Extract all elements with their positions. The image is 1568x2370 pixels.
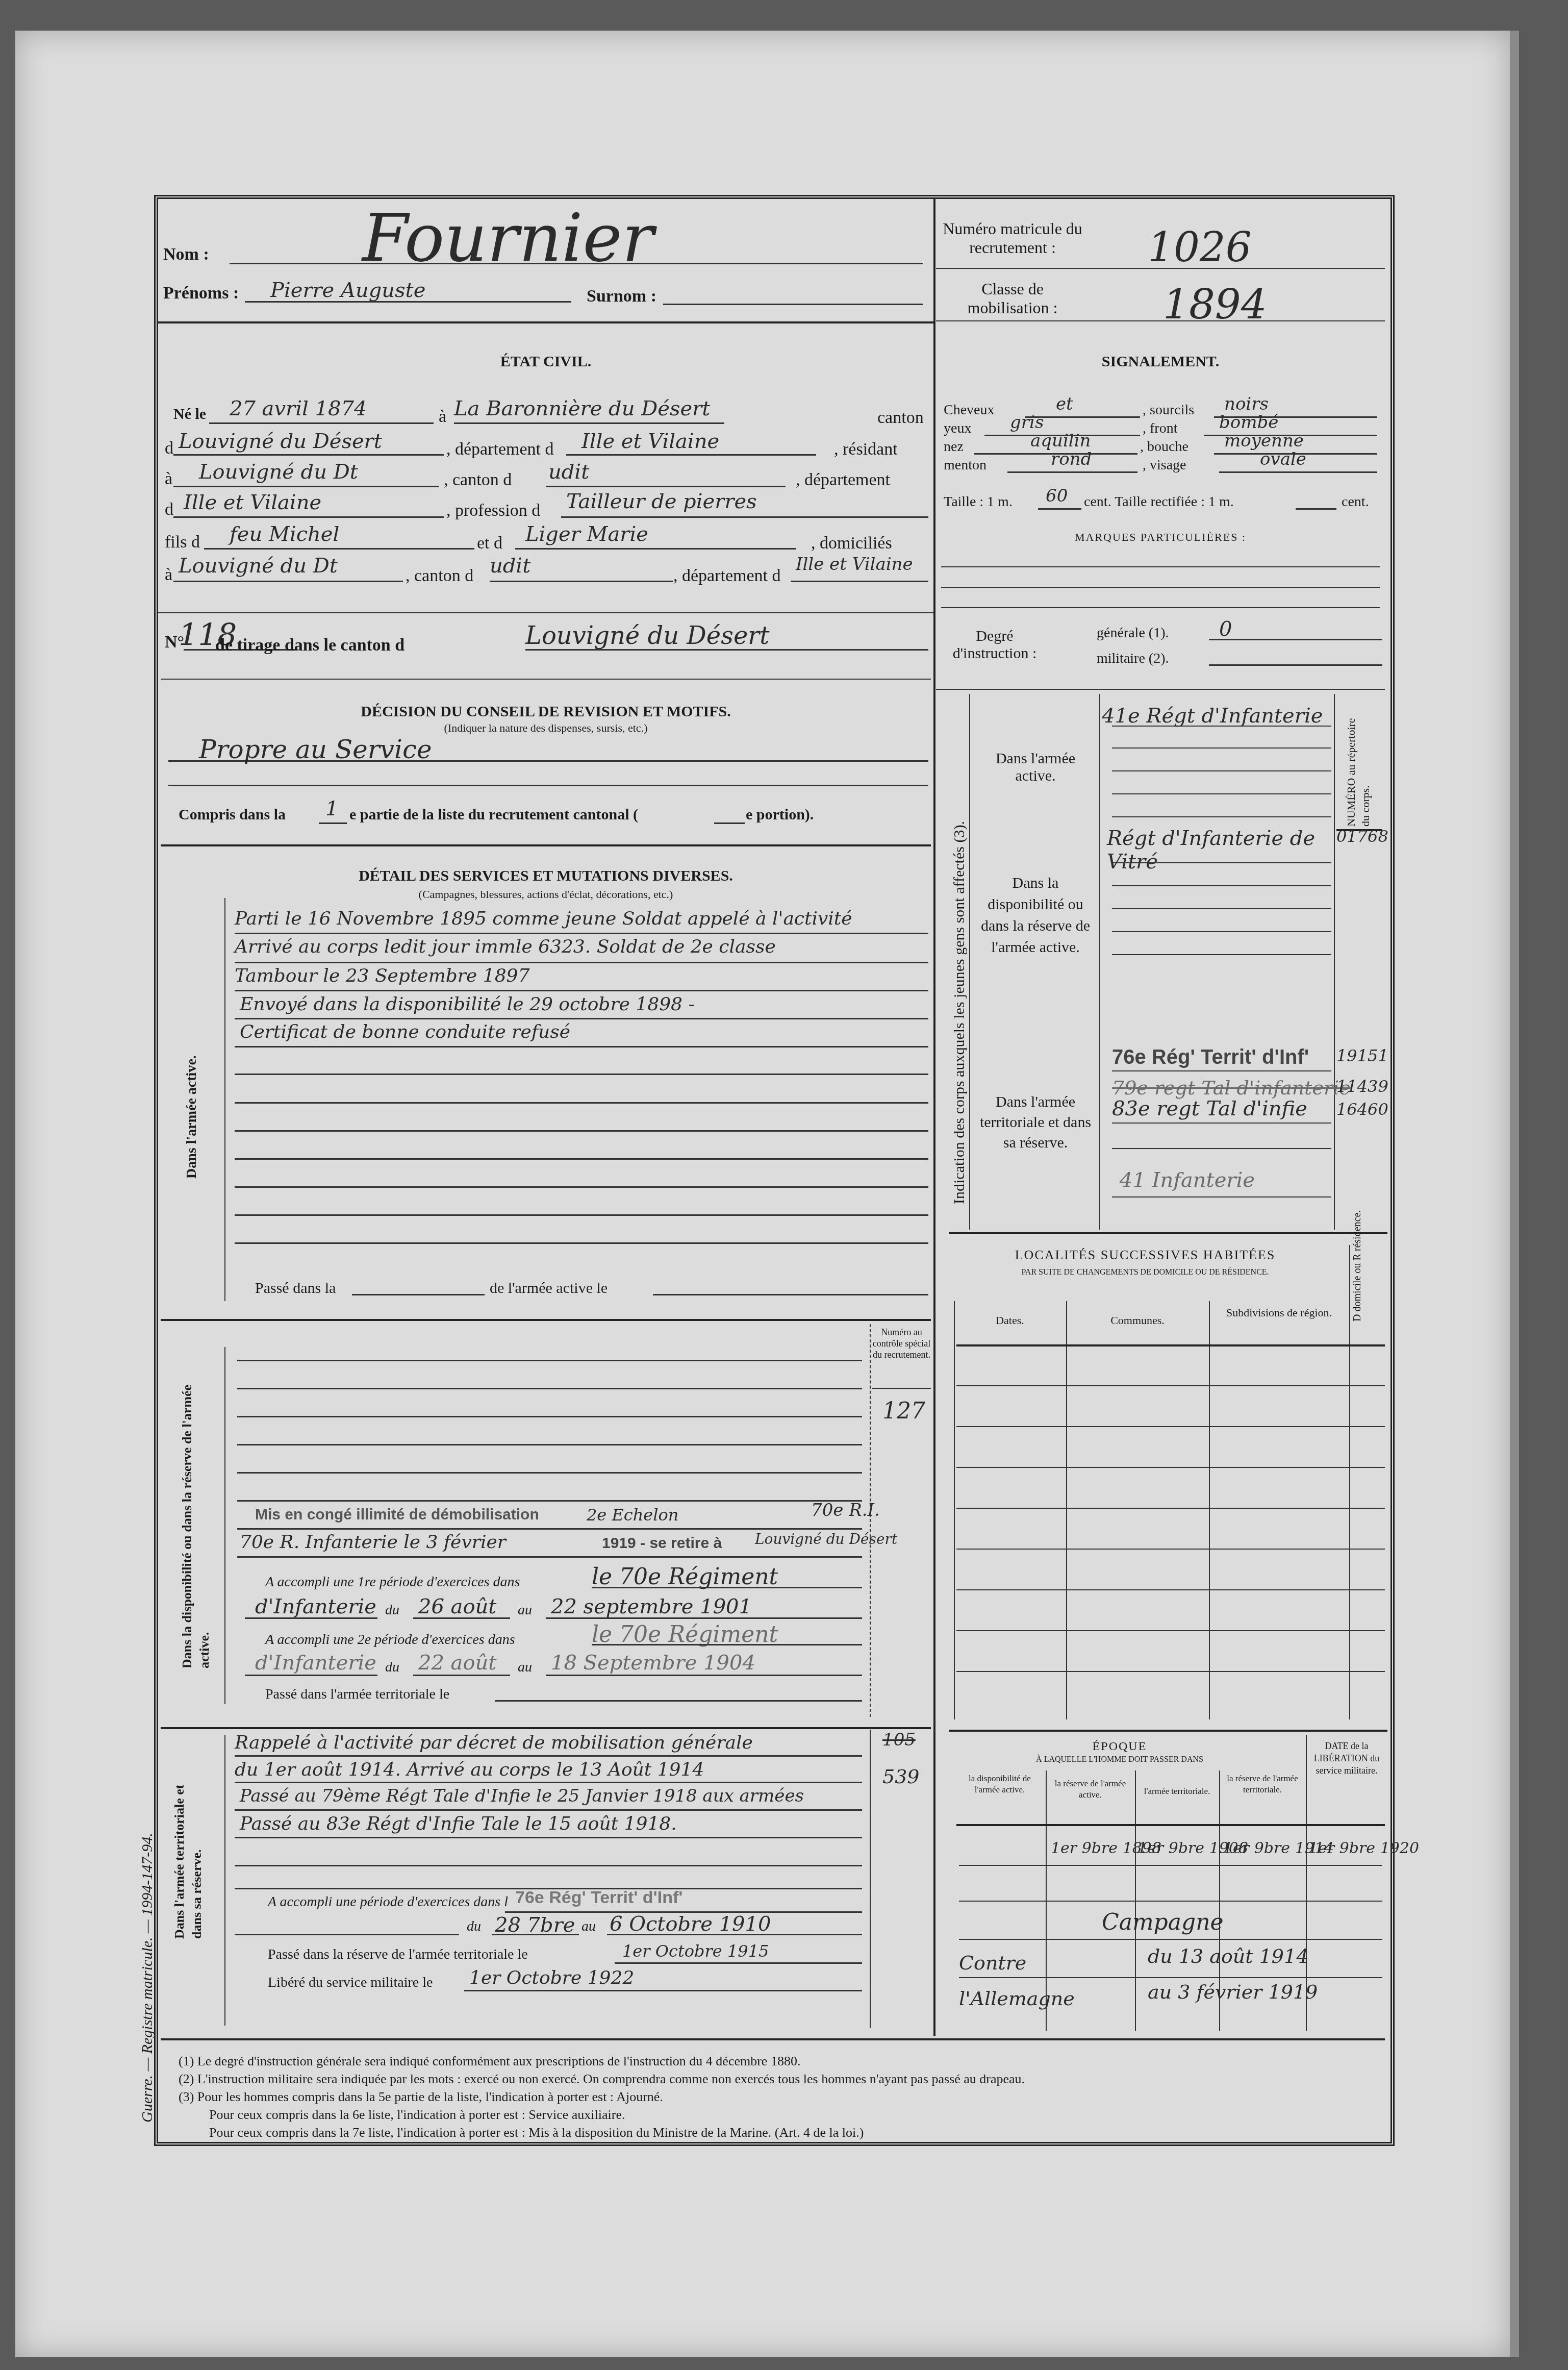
residence-dept-d-label: d — [165, 500, 173, 519]
demob-stamp: Mis en congé illimité de démobilisation — [255, 1506, 539, 1524]
bouche-label: , bouche — [1140, 439, 1188, 455]
passe-reserve-terr-value: 1er Octobre 1915 — [622, 1941, 769, 1961]
decision-subtitle: (Indiquer la nature des dispenses, sursi… — [158, 721, 933, 735]
menton-label: menton — [944, 457, 987, 473]
birth-date: 27 avril 1874 — [230, 397, 367, 420]
periode-terr-du-label: du — [467, 1918, 481, 1935]
side-label-active: Dans l'armée active. — [184, 1055, 200, 1179]
fils-de-label: fils d — [165, 533, 200, 552]
profession-value: Tailleur de pierres — [566, 490, 757, 513]
corps-active-label: Dans l'armée active. — [974, 750, 1097, 785]
surnom-label: Surnom : — [587, 287, 656, 306]
territoriale-line-4: Passé au 83e Régt d'Infie Tale le 15 aoû… — [240, 1813, 677, 1834]
taille-value: 60 — [1046, 486, 1068, 506]
numero-controle-value: 127 — [882, 1398, 925, 1424]
corps-numero-2: 11439 — [1336, 1077, 1388, 1096]
nez-label: nez — [944, 439, 964, 455]
instruction-militaire-label: militaire (2). — [1097, 651, 1169, 667]
localites-title: LOCALITÉS SUCCESSIVES HABITÉES — [949, 1248, 1342, 1263]
epoque-title: ÉPOQUE — [954, 1740, 1285, 1754]
sourcils-label: , sourcils — [1143, 402, 1194, 418]
territoriale-margin-bottom: 539 — [882, 1765, 920, 1788]
corps-territoriale-stamp: 76e Rég' Territ' d'Inf' — [1112, 1046, 1309, 1069]
corps-dispo-label: Dans la disponibilité ou dans la réserve… — [974, 872, 1097, 958]
residence-a-label: à — [165, 469, 172, 489]
periode2-au-label: au — [518, 1659, 532, 1676]
front-value: bombé — [1219, 412, 1278, 433]
visage-label: , visage — [1143, 457, 1186, 473]
nom-label: Nom : — [163, 245, 209, 264]
sourcils-value: noirs — [1224, 394, 1269, 414]
epoque-col-disponibilite: la disponibilité de l'armée active. — [956, 1773, 1043, 1795]
cheveux-label: Cheveux — [944, 402, 995, 418]
etat-civil-title: ÉTAT CIVIL. — [158, 353, 933, 370]
tirage-canton-label: de tirage dans le canton d — [215, 636, 404, 655]
decision-value: Propre au Service — [199, 735, 432, 764]
footnote-4: Pour ceux compris dans la 6e liste, l'in… — [209, 2107, 625, 2123]
localites-col-subdivisions: Subdivisions de région. — [1211, 1306, 1347, 1319]
corps-territoriale-value-2: 83e regt Tal d'infie — [1112, 1097, 1307, 1120]
birth-canton: Louvigné du Désert — [179, 430, 382, 453]
residence-canton: udit — [548, 460, 589, 484]
a-label: à — [439, 407, 446, 427]
corps-numero-3: 16460 — [1336, 1100, 1388, 1119]
demob-retire-value: Louvigné du Désert — [755, 1531, 897, 1548]
periode-terr-au: 6 Octobre 1910 — [610, 1912, 771, 1936]
taille-rectifiee-label: cent. Taille rectifiée : 1 m. — [1084, 494, 1234, 510]
profession-label: , profession d — [446, 501, 540, 520]
corps-territoriale-label: Dans l'armée territoriale et dans sa rés… — [974, 1092, 1097, 1153]
residence-value: Louvigné du Dt — [199, 460, 358, 484]
periode1-label: A accompli une 1re période d'exercices d… — [265, 1574, 520, 1590]
periode-terr-stamp: 76e Rég' Territ' d'Inf' — [515, 1888, 682, 1908]
active-line-2: Arrivé au corps ledit jour immle 6323. S… — [235, 936, 776, 957]
passe-active-label: de l'armée active le — [490, 1280, 608, 1297]
epoque-col-territoriale: l'armée territoriale. — [1137, 1786, 1217, 1797]
domicile-dept: Ille et Vilaine — [796, 554, 913, 575]
domicile-value: Louvigné du Dt — [179, 554, 338, 578]
corps-numero-1: 19151 — [1336, 1046, 1388, 1065]
birth-place: La Baronnière du Désert — [454, 397, 710, 420]
footnote-3: (3) Pour les hommes compris dans la 5e p… — [179, 2089, 663, 2105]
periode1-au-label: au — [518, 1602, 532, 1618]
periode2-du-label: du — [385, 1659, 399, 1676]
active-line-4: Envoyé dans la disponibilité le 29 octob… — [240, 994, 695, 1015]
canton-d-label: d — [165, 439, 173, 458]
visage-value: ovale — [1260, 449, 1306, 469]
numero-repertoire-header: NUMÉRO au répertoire du corps. — [1344, 704, 1373, 827]
corps-active-value: 41e Régt d'Infanterie — [1102, 704, 1323, 728]
decision-title: DÉCISION DU CONSEIL DE REVISION ET MOTIF… — [158, 703, 933, 720]
classe-label: Classe de mobilisation : — [941, 280, 1084, 317]
domicile-canton: udit — [490, 554, 530, 578]
departement-label: , département d — [446, 440, 554, 459]
corps-territoriale-value-4: 41 Infanterie — [1120, 1168, 1255, 1192]
services-subtitle: (Campagnes, blessures, actions d'éclat, … — [158, 888, 933, 901]
liberation-value: 1er 9bre 1920 — [1308, 1839, 1419, 1857]
corps-dispo-value: Régt d'Infanterie de Vitré — [1107, 827, 1326, 874]
compris-label: Compris dans la — [179, 806, 286, 824]
front-label: , front — [1143, 420, 1177, 437]
periode1-au: 22 septembre 1901 — [551, 1595, 752, 1618]
menton-value: rond — [1051, 449, 1092, 469]
instruction-label: Degré d'instruction : — [944, 628, 1046, 662]
signalement-title: SIGNALEMENT. — [936, 353, 1385, 370]
libere-label: Libéré du service militaire le — [268, 1975, 433, 1991]
tirage-canton-value: Louvigné du Désert — [525, 621, 770, 650]
periode2-line2: d'Infanterie — [255, 1651, 376, 1675]
portion-suffix: e portion). — [746, 806, 814, 824]
passe-reserve-terr-label: Passé dans la réserve de l'armée territo… — [268, 1947, 528, 1963]
periode-terr-label: A accompli une période d'exercices dans … — [268, 1894, 508, 1910]
matricule-label: Numéro matricule du recrutement : — [941, 219, 1084, 257]
demob-regiment-note: 70e R.I. — [811, 1500, 880, 1520]
nom-value: Fournier — [362, 199, 654, 277]
yeux-label: yeux — [944, 420, 971, 437]
territoriale-margin-top: 105 — [882, 1730, 916, 1750]
localites-col-dates: Dates. — [954, 1314, 1066, 1327]
libere-value: 1er Octobre 1922 — [469, 1967, 634, 1988]
side-label-dispo: Dans la disponibilité ou dans la réserve… — [179, 1352, 213, 1668]
instruction-generale-value: 0 — [1219, 617, 1232, 641]
localites-col-communes: Communes. — [1066, 1314, 1209, 1327]
periode1-du: 26 août — [418, 1595, 496, 1618]
liberation-header: DATE de la LIBÉRATION du service militai… — [1308, 1740, 1385, 1777]
active-line-3: Tambour le 23 Septembre 1897 — [235, 965, 529, 986]
et-de-label: et d — [477, 534, 502, 553]
campagne-contre: Contre l'Allemagne — [959, 1945, 1061, 2016]
corps-dispo-numero: 01768 — [1336, 827, 1388, 846]
periode1-du-label: du — [385, 1602, 399, 1618]
residence-canton-label: , canton d — [444, 470, 512, 490]
bouche-value: moyenne — [1224, 431, 1304, 451]
taille-label: Taille : 1 m. — [944, 494, 1013, 510]
instruction-generale-label: générale (1). — [1097, 625, 1169, 641]
domicilies-label: , domiciliés — [811, 534, 892, 553]
localites-subtitle: PAR SUITE DE CHANGEMENTS DE DOMICILE OU … — [949, 1268, 1342, 1277]
mother-name: Liger Marie — [525, 522, 648, 546]
residence-dept-label: , département — [796, 470, 890, 490]
residant-label: , résidant — [834, 440, 898, 459]
passe-dans-la-label: Passé dans la — [255, 1280, 336, 1297]
periode2-label: A accompli une 2e période d'exercices da… — [265, 1632, 515, 1648]
birth-departement: Ille et Vilaine — [581, 430, 719, 453]
numero-controle-header: Numéro au contrôle spécial du recrutemen… — [872, 1327, 931, 1360]
nez-value: aquilin — [1030, 431, 1091, 451]
epoque-col-reserve-active: la réserve de l'armée active. — [1048, 1778, 1132, 1801]
active-line-1: Parti le 16 Novembre 1895 comme jeune So… — [235, 908, 852, 929]
epoque-subtitle: À LAQUELLE L'HOMME DOIT PASSER DANS — [954, 1755, 1285, 1764]
cent-label: cent. — [1342, 494, 1369, 510]
territoriale-line-3: Passé au 79ème Régt Tale d'Infie le 25 J… — [240, 1786, 804, 1806]
footnote-2: (2) L'instruction militaire sera indiqué… — [179, 2072, 1025, 2087]
campagne-title: Campagne — [1102, 1909, 1224, 1935]
epoque-col-reserve-territoriale: la réserve de l'armée territoriale. — [1222, 1773, 1303, 1795]
marques-particulieres-title: MARQUES PARTICULIÈRES : — [936, 531, 1385, 544]
campagne-du: du 13 août 1914 — [1148, 1945, 1308, 1967]
footnote-5: Pour ceux compris dans la 7e liste, l'in… — [209, 2125, 864, 2140]
footnote-1: (1) Le degré d'instruction générale sera… — [179, 2054, 800, 2069]
periode1-value: le 70e Régiment — [592, 1564, 778, 1590]
side-label-territoriale: Dans l'armée territoriale et dans sa rés… — [171, 1770, 206, 1939]
periode-terr-au-label: au — [581, 1918, 596, 1935]
prenoms-value: Pierre Auguste — [270, 279, 425, 302]
services-title: DÉTAIL DES SERVICES ET MUTATIONS DIVERSE… — [158, 867, 933, 885]
ne-le-label: Né le — [173, 406, 206, 423]
territoriale-line-2: du 1er août 1914. Arrivé au corps le 13 … — [235, 1759, 704, 1780]
compris-suffix: e partie de la liste du recrutement cant… — [349, 806, 638, 824]
matricule-value: 1026 — [1148, 223, 1252, 271]
domicile-dept-label: , département d — [673, 566, 781, 586]
domicile-canton-label: , canton d — [406, 566, 473, 586]
periode2-au: 18 Septembre 1904 — [551, 1651, 755, 1675]
periode2-du: 22 août — [418, 1651, 496, 1675]
corps-territoriale-value-1: 79e regt Tal d'infanterie — [1112, 1077, 1351, 1099]
periode1-line2: d'Infanterie — [255, 1595, 376, 1618]
demob-echelon: 2e Echelon — [587, 1505, 678, 1525]
yeux-value: gris — [1010, 412, 1044, 433]
compris-value: 1 — [325, 797, 338, 820]
register-page: Guerre. — Registre matricule. — 1994-147… — [15, 31, 1519, 2357]
cheveux-value: et — [1056, 394, 1073, 414]
demob-line2: 70e R. Infanterie le 3 février — [240, 1532, 506, 1553]
father-name: feu Michel — [230, 522, 339, 546]
residence-dept: Ille et Vilaine — [184, 491, 321, 514]
domicile-a-label: à — [165, 565, 172, 585]
prenoms-label: Prénoms : — [163, 284, 239, 303]
corps-side-label: Indication des corps auxquels les jeunes… — [951, 821, 968, 1204]
canton-label: canton — [877, 408, 924, 428]
demob-stamp-2: 1919 - se retire à — [602, 1535, 722, 1552]
campagne-au: au 3 février 1919 — [1148, 1981, 1318, 2003]
imprint: Guerre. — Registre matricule. — 1994-147… — [139, 1833, 156, 2123]
localites-col-domicile: D domicile ou R résidence. — [1352, 1210, 1363, 1321]
active-line-5: Certificat de bonne conduite refusé — [240, 1021, 570, 1042]
territoriale-line-1: Rappelé à l'activité par décret de mobil… — [235, 1732, 753, 1753]
passe-territoriale-label: Passé dans l'armée territoriale le — [265, 1686, 449, 1703]
